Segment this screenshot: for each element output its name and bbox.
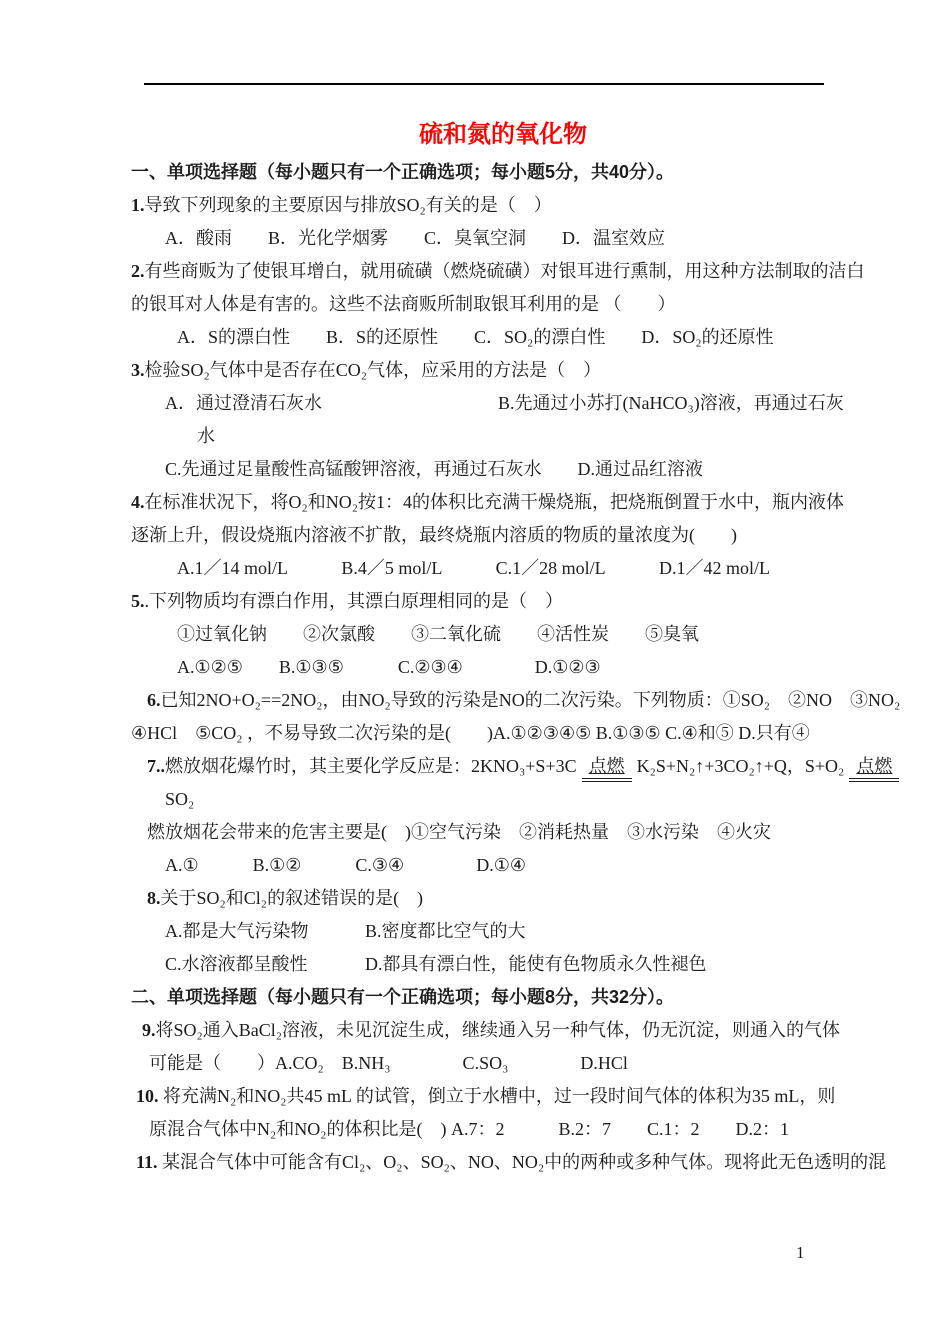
question-1-stem: 导致下列现象的主要原因与排放SO₂有关的是（ ） [145,195,552,215]
question-5-items: ①过氧化钠 ②次氯酸 ③二氧化硫 ④活性炭 ⑤臭氧 [131,618,891,651]
question-11-number: 11. [136,1152,162,1172]
question-1-number: 1. [131,195,145,215]
question-5: 5..下列物质均有漂白作用，其漂白原理相同的是（ ） [131,585,891,618]
question-7-ignite-condition-1: 点燃 [582,756,632,782]
question-7-reaction-right: K₂S+N₂↑+3CO₂↑+Q，S+O₂ [637,756,845,776]
question-3-options-ab: A．通过澄清石灰水B.先通过小苏打(NaHCO₃)溶液，再通过石灰 [131,387,891,420]
header-rule [144,83,824,85]
question-3-stem: 检验SO₂气体中是否存在CO₂气体，应采用的方法是（ ） [145,360,602,380]
question-7-number: 7.. [147,756,165,776]
question-3: 3.检验SO₂气体中是否存在CO₂气体，应采用的方法是（ ） [131,354,891,387]
question-7-reaction-left: 2KNO₃+S+3C [471,756,577,776]
exam-body: 一、单项选择题（每小题只有一个正确选项；每小题5分，共40分）。 1.导致下列现… [131,156,891,1179]
question-3-options-cd: C.先通过足量酸性高锰酸钾溶液，再通过石灰水 D.通过品红溶液 [131,453,891,486]
question-9-stem: 将SO₂通入BaCl₂溶液，未见沉淀生成，继续通入另一种气体，仍无沉淀，则通入的… [156,1020,841,1040]
question-6-line-2: ④HCl ⑤CO₂ ，不易导致二次污染的是( )A.①②③④⑤ B.①③⑤ C.… [131,717,891,750]
question-7-reaction-product: SO₂ [131,783,891,816]
question-3-number: 3. [131,360,145,380]
question-11: 11. 某混合气体中可能含有Cl₂、O₂、SO₂、NO、NO₂中的两种或多种气体… [131,1146,891,1179]
question-10-line-1: 10. 将充满N₂和NO₂共45 mL 的试管，倒立于水槽中，过一段时间气体的体… [131,1080,891,1113]
question-6-number: 6. [147,690,161,710]
question-8-options-ab: A.都是大气污染物B.密度都比空气的大 [131,915,891,948]
question-10-stem: 将充满N₂和NO₂共45 mL 的试管，倒立于水槽中，过一段时间气体的体积为35… [163,1086,835,1106]
question-3-option-b: B.先通过小苏打(NaHCO₃)溶液，再通过石灰 [498,393,844,413]
question-4-options: A.1／14 mol/L B.4／5 mol/L C.1／28 mol/L D.… [131,552,891,585]
question-7-harms: 燃放烟花会带来的危害主要是( )①空气污染 ②消耗热量 ③水污染 ④火灾 [131,816,891,849]
question-8-options-cd: C.水溶液都呈酸性D.都具有漂白性，能使有色物质永久性褪色 [131,948,891,981]
page-number: 1 [796,1243,805,1263]
question-8-stem: 关于SO₂和Cl₂的叙述错误的是( ) [161,888,424,908]
question-9-line-2: 可能是（ ）A.CO₂ B.NH₃ C.SO₃ D.HCl [131,1047,891,1080]
question-2-options: A．S的漂白性 B．S的还原性 C．SO₂的漂白性 D．SO₂的还原性 [131,321,891,354]
question-4-line-1: 4.在标准状况下，将O₂和NO₂按1：4的体积比充满干燥烧瓶，把烧瓶倒置于水中，… [131,486,891,519]
section-2-heading: 二、单项选择题（每小题只有一个正确选项；每小题8分，共32分）。 [131,981,891,1014]
question-3-option-b-continuation: 水 [131,420,891,453]
question-2-line-1: 2.有些商贩为了使银耳增白，就用硫磺（燃烧硫磺）对银耳进行熏制，用这种方法制取的… [131,255,891,288]
question-8-option-b: B.密度都比空气的大 [365,921,526,941]
question-5-options: A.①②⑤ B.①③⑤ C.②③④ D.①②③ [131,651,891,684]
question-2-stem: 有些商贩为了使银耳增白，就用硫磺（燃烧硫磺）对银耳进行熏制，用这种方法制取的洁白 [145,261,865,281]
question-8-option-c: C.水溶液都呈酸性 [165,948,365,981]
question-7-stem: 燃放烟花爆竹时，其主要化学反应是： [165,756,471,776]
question-3-option-a: A．通过澄清石灰水 [165,393,322,413]
question-11-stem: 某混合气体中可能含有Cl₂、O₂、SO₂、NO、NO₂中的两种或多种气体。现将此… [162,1152,886,1172]
question-5-stem: .下列物质均有漂白作用，其漂白原理相同的是（ ） [145,591,564,611]
question-4-number: 4. [131,492,145,512]
question-8-option-d: D.都具有漂白性，能使有色物质永久性褪色 [365,954,707,974]
question-2-number: 2. [131,261,145,281]
question-10-number: 10. [136,1086,163,1106]
question-4-stem: 在标准状况下，将O₂和NO₂按1：4的体积比充满干燥烧瓶，把烧瓶倒置于水中，瓶内… [145,492,845,512]
question-2-line-2: 的银耳对人体是有害的。这些不法商贩所制取银耳利用的是 （ ） [131,288,891,321]
question-5-number: 5. [131,591,145,611]
question-7-reaction-line: 7..燃放烟花爆竹时，其主要化学反应是：2KNO₃+S+3C点燃K₂S+N₂↑+… [131,750,891,783]
question-6-stem: 已知2NO+O₂==2NO₂，由NO₂导致的污染是NO的二次污染。下列物质：①S… [161,690,901,710]
question-9-number: 9. [142,1020,156,1040]
question-6-line-1: 6.已知2NO+O₂==2NO₂，由NO₂导致的污染是NO的二次污染。下列物质：… [131,684,891,717]
question-4-line-2: 逐渐上升，假设烧瓶内溶液不扩散，最终烧瓶内溶质的物质的量浓度为( ) [131,519,891,552]
page-title: 硫和氮的氧化物 [131,120,875,150]
question-1: 1.导致下列现象的主要原因与排放SO₂有关的是（ ） [131,189,891,222]
question-8-option-a: A.都是大气污染物 [165,915,365,948]
question-8-number: 8. [147,888,161,908]
question-8: 8.关于SO₂和Cl₂的叙述错误的是( ) [131,882,891,915]
question-1-options: A．酸雨 B．光化学烟雾 C．臭氧空洞 D．温室效应 [131,222,891,255]
section-1-heading: 一、单项选择题（每小题只有一个正确选项；每小题5分，共40分）。 [131,156,891,189]
question-10-line-2: 原混合气体中N₂和NO₂的体积比是( ) A.7：2 B.2：7 C.1：2 D… [131,1113,891,1146]
question-7-ignite-condition-2: 点燃 [849,756,899,782]
question-9-line-1: 9.将SO₂通入BaCl₂溶液，未见沉淀生成，继续通入另一种气体，仍无沉淀，则通… [131,1014,891,1047]
question-7-options: A.① B.①② C.③④ D.①④ [131,849,891,882]
